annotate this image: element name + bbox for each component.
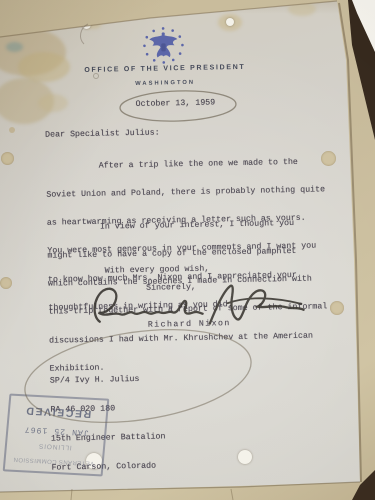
- pencil-oval-around-address: [19, 317, 257, 436]
- photo-scene: OFFICE OF THE VICE PRESIDENT WASHINGTON …: [0, 0, 375, 500]
- letter-bottom-edge: [0, 482, 360, 492]
- pencil-ring-mark: [94, 74, 99, 79]
- letter-right-edge: [339, 3, 361, 482]
- annotations-overlay: [0, 0, 375, 500]
- letter-top-edge: [0, 1, 337, 37]
- folder-crease: [71, 489, 233, 500]
- pencil-circle-around-date: [120, 89, 237, 123]
